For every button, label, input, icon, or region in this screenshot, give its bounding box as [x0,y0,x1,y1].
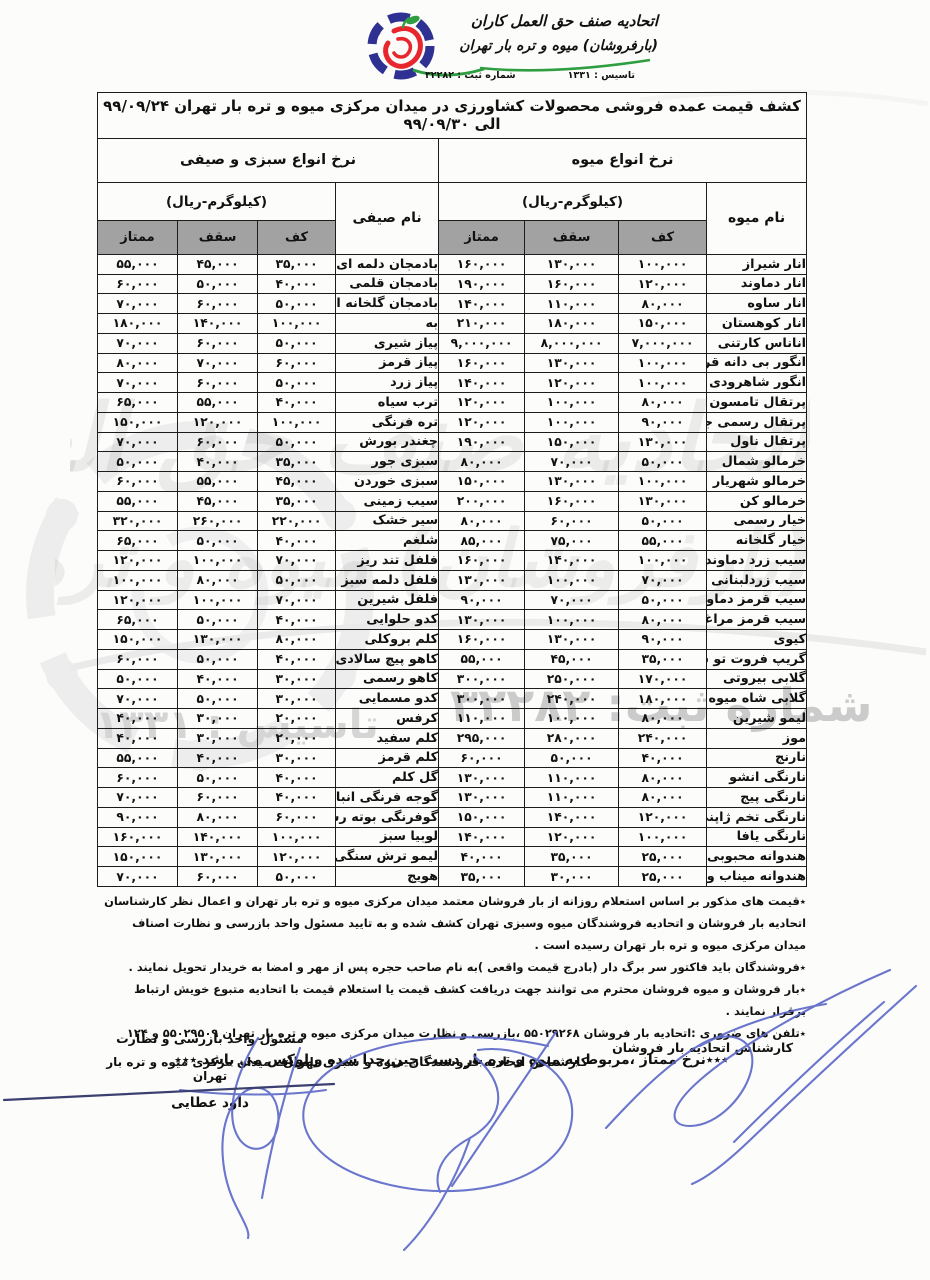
fruit-ceiling-cell: ۸,۰۰۰,۰۰۰ [525,333,619,353]
fruit-ceiling-cell: ۱۳۰,۰۰۰ [525,472,619,492]
fruit-name-cell: انار ساوه [707,294,807,314]
fruit-premium-cell: ۱۱۰,۰۰۰ [439,709,525,729]
fruit-floor-cell: ۹۰,۰۰۰ [619,412,707,432]
fruit-ceiling-cell: ۱۰۰,۰۰۰ [525,709,619,729]
fruit-premium-cell: ۱۴۰,۰۰۰ [439,294,525,314]
fruit-ceiling-cell: ۶۰,۰۰۰ [525,511,619,531]
veg-premium-cell: ۵۵,۰۰۰ [98,748,178,768]
footnote-price-basis: ٭قیمت های مذکور بر اساس استعلام روزانه ا… [97,890,806,956]
veg-floor-cell: ۴۰,۰۰۰ [258,788,336,808]
veg-floor-cell: ۴۰,۰۰۰ [258,768,336,788]
fruit-floor-cell: ۱۳۰,۰۰۰ [619,491,707,511]
fruit-premium-cell: ۸۰,۰۰۰ [439,452,525,472]
price-table-body: انار شیراز۱۰۰,۰۰۰۱۳۰,۰۰۰۱۶۰,۰۰۰بادمجان د… [98,254,807,886]
table-row: نارنگی انشو۸۰,۰۰۰۱۱۰,۰۰۰۱۳۰,۰۰۰گل کلم۴۰,… [98,768,807,788]
fruit-floor-cell: ۵۰,۰۰۰ [619,511,707,531]
veg-premium-cell: ۸۰,۰۰۰ [98,353,178,373]
veg-name-cell: کرفس [336,709,439,729]
veg-floor-cell: ۲۰,۰۰۰ [258,709,336,729]
fruit-name-cell: اناناس کارتنی [707,333,807,353]
fruit-premium-cell: ۱۵۰,۰۰۰ [439,472,525,492]
fruit-ceiling-cell: ۱۰۰,۰۰۰ [525,393,619,413]
fruit-floor-cell: ۱۲۰,۰۰۰ [619,274,707,294]
fruit-name-cell: گریپ فروت تو سرخ [707,649,807,669]
veg-ceiling-cell: ۱۰۰,۰۰۰ [178,551,258,571]
veg-floor-cell: ۴۰,۰۰۰ [258,531,336,551]
veg-premium-cell: ۷۰,۰۰۰ [98,788,178,808]
fruit-floor-cell: ۸۰,۰۰۰ [619,393,707,413]
veg-floor-cell: ۸۰,۰۰۰ [258,630,336,650]
veg-ceiling-header: سقف [178,221,258,254]
veg-premium-cell: ۴۰,۰۰۰ [98,728,178,748]
table-row: هندوانه محبوبی۲۵,۰۰۰۳۵,۰۰۰۴۰,۰۰۰لیمو ترش… [98,847,807,867]
veg-ceiling-cell: ۱۳۰,۰۰۰ [178,630,258,650]
table-row: نارنگی پیج۸۰,۰۰۰۱۱۰,۰۰۰۱۳۰,۰۰۰گوجه فرنگی… [98,788,807,808]
veg-ceiling-cell: ۸۰,۰۰۰ [178,570,258,590]
veg-name-cell: پیاز شیری [336,333,439,353]
veg-name-cell: فلفل تند ریز [336,551,439,571]
fruit-name-cell: نارنگی تخم ژاپنی [707,807,807,827]
fruit-premium-header: ممتاز [439,221,525,254]
veg-floor-cell: ۷۰,۰۰۰ [258,551,336,571]
veg-floor-cell: ۴۰,۰۰۰ [258,649,336,669]
fruit-premium-cell: ۱۶۰,۰۰۰ [439,254,525,274]
fruit-floor-cell: ۱۰۰,۰۰۰ [619,254,707,274]
fruit-ceiling-cell: ۵۰,۰۰۰ [525,748,619,768]
signature-label-inspection-supervisor: مسئول واحد بازرسی و نظارت اصناف میدان مر… [100,1031,320,1111]
veg-name-cell: گل کلم [336,768,439,788]
table-row: نارنگی تخم ژاپنی۱۲۰,۰۰۰۱۴۰,۰۰۰۱۵۰,۰۰۰گوف… [98,807,807,827]
table-row: انگور بی دانه قرمز۱۰۰,۰۰۰۱۳۰,۰۰۰۱۶۰,۰۰۰پ… [98,353,807,373]
fruit-floor-cell: ۸۰,۰۰۰ [619,709,707,729]
table-row: انار دماوند۱۲۰,۰۰۰۱۶۰,۰۰۰۱۹۰,۰۰۰بادمجان … [98,274,807,294]
veg-premium-cell: ۶۰,۰۰۰ [98,472,178,492]
signature-label-fruit-veg-sellers-expert: کارشناس اتحادیه فروشندگان میوه و سبزی ته… [338,1054,588,1069]
fruit-premium-cell: ۳۰۰,۰۰۰ [439,669,525,689]
veg-premium-cell: ۱۸۰,۰۰۰ [98,314,178,334]
fruit-ceiling-cell: ۱۴۰,۰۰۰ [525,551,619,571]
fruit-name-cell: خرمالو شمال [707,452,807,472]
fruit-name-cell: پرتقال تامسون شمال [707,393,807,413]
veg-name-cell: بادمجان قلمی [336,274,439,294]
veg-ceiling-cell: ۱۲۰,۰۰۰ [178,412,258,432]
veg-name-cell: سبزی جور [336,452,439,472]
signature-label-bar-sellers-expert: کارشناس اتحادیه بار فروشان [618,1040,793,1055]
org-name-line2: (بارفروشان) میوه و تره بار تهران [488,38,658,54]
fruit-premium-cell: ۱۴۰,۰۰۰ [439,827,525,847]
veg-premium-cell: ۶۵,۰۰۰ [98,531,178,551]
fruit-name-cell: گلابی بیروتی [707,669,807,689]
fruit-ceiling-cell: ۴۵,۰۰۰ [525,649,619,669]
veg-name-cell: بادمجان دلمه ای [336,254,439,274]
table-row: پرتقال رسمی جنوب۹۰,۰۰۰۱۰۰,۰۰۰۱۲۰,۰۰۰تره … [98,412,807,432]
veg-premium-cell: ۱۲۰,۰۰۰ [98,590,178,610]
fruit-floor-cell: ۸۰,۰۰۰ [619,788,707,808]
veg-ceiling-cell: ۱۴۰,۰۰۰ [178,314,258,334]
table-row: پرتقال تامسون شمال۸۰,۰۰۰۱۰۰,۰۰۰۱۲۰,۰۰۰تر… [98,393,807,413]
veg-premium-cell: ۱۵۰,۰۰۰ [98,847,178,867]
veg-name-cell: هویج [336,867,439,887]
table-row: هندوانه میناب وخطی۲۵,۰۰۰۳۰,۰۰۰۳۵,۰۰۰هویج… [98,867,807,887]
fruit-premium-cell: ۱۶۰,۰۰۰ [439,630,525,650]
veg-premium-cell: ۷۰,۰۰۰ [98,867,178,887]
veg-ceiling-cell: ۷۰,۰۰۰ [178,353,258,373]
veg-premium-cell: ۶۰,۰۰۰ [98,649,178,669]
veg-name-cell: به [336,314,439,334]
fruit-premium-cell: ۹,۰۰۰,۰۰۰ [439,333,525,353]
fruit-name-cell: خیار رسمی [707,511,807,531]
fruit-ceiling-cell: ۱۶۰,۰۰۰ [525,491,619,511]
veg-name-cell: کاهو پیچ سالادی [336,649,439,669]
veg-unit-label: (کیلوگرم-ریال) [98,183,336,221]
veg-premium-cell: ۷۰,۰۰۰ [98,294,178,314]
fruit-ceiling-cell: ۷۵,۰۰۰ [525,531,619,551]
fruit-name-column-header: نام میوه [707,183,807,255]
veg-ceiling-cell: ۵۰,۰۰۰ [178,531,258,551]
fruit-floor-cell: ۲۵,۰۰۰ [619,867,707,887]
veg-premium-cell: ۵۰,۰۰۰ [98,669,178,689]
fruit-name-cell: هندوانه محبوبی [707,847,807,867]
table-row: موز۲۴۰,۰۰۰۲۸۰,۰۰۰۲۹۵,۰۰۰کلم سفید۲۰,۰۰۰۳۰… [98,728,807,748]
veg-ceiling-cell: ۵۵,۰۰۰ [178,472,258,492]
veg-ceiling-cell: ۸۰,۰۰۰ [178,807,258,827]
veg-ceiling-cell: ۴۵,۰۰۰ [178,491,258,511]
fruit-floor-cell: ۱۸۰,۰۰۰ [619,689,707,709]
fruit-ceiling-cell: ۱۴۰,۰۰۰ [525,807,619,827]
inspection-title-line2: اصناف میدان مرکزی میوه و تره بار تهران [100,1055,320,1083]
veg-premium-cell: ۷۰,۰۰۰ [98,373,178,393]
veg-premium-cell: ۱۰۰,۰۰۰ [98,570,178,590]
fruit-name-cell: نارنگی پیج [707,788,807,808]
fruit-name-cell: لیمو شیرین [707,709,807,729]
fruit-floor-cell: ۱۰۰,۰۰۰ [619,353,707,373]
veg-ceiling-cell: ۲۶۰,۰۰۰ [178,511,258,531]
fruit-floor-cell: ۱۲۰,۰۰۰ [619,807,707,827]
fruit-premium-cell: ۶۰,۰۰۰ [439,748,525,768]
veg-floor-cell: ۶۰,۰۰۰ [258,807,336,827]
fruit-floor-cell: ۵۰,۰۰۰ [619,452,707,472]
veg-ceiling-cell: ۳۰,۰۰۰ [178,709,258,729]
fruit-name-cell: گلابی شاه میوه [707,689,807,709]
fruit-floor-cell: ۱۰۰,۰۰۰ [619,373,707,393]
table-row: خرمالو شمال۵۰,۰۰۰۷۰,۰۰۰۸۰,۰۰۰سبزی جور۳۵,… [98,452,807,472]
veg-premium-cell: ۶۰,۰۰۰ [98,768,178,788]
fruit-floor-cell: ۷,۰۰۰,۰۰۰ [619,333,707,353]
fruit-premium-cell: ۱۳۰,۰۰۰ [439,570,525,590]
fruit-floor-cell: ۱۰۰,۰۰۰ [619,827,707,847]
veg-ceiling-cell: ۴۵,۰۰۰ [178,254,258,274]
veg-premium-cell: ۷۰,۰۰۰ [98,689,178,709]
fruit-ceiling-cell: ۷۰,۰۰۰ [525,452,619,472]
veg-floor-cell: ۷۰,۰۰۰ [258,590,336,610]
veg-name-cell: سبزی خوردن [336,472,439,492]
table-row: انار ساوه۸۰,۰۰۰۱۱۰,۰۰۰۱۴۰,۰۰۰بادمجان گلخ… [98,294,807,314]
table-row: پرتقال ناول۱۳۰,۰۰۰۱۵۰,۰۰۰۱۹۰,۰۰۰چغندر بو… [98,432,807,452]
veg-premium-cell: ۱۶۰,۰۰۰ [98,827,178,847]
fruit-ceiling-cell: ۱۳۰,۰۰۰ [525,353,619,373]
union-letterhead: اتحادیه صنف حق العمل کاران (بارفروشان) م… [350,4,660,90]
fruit-ceiling-cell: ۱۱۰,۰۰۰ [525,788,619,808]
table-row: انار کوهستان۱۵۰,۰۰۰۱۸۰,۰۰۰۲۱۰,۰۰۰به۱۰۰,۰… [98,314,807,334]
veg-premium-cell: ۱۲۰,۰۰۰ [98,551,178,571]
price-table-container: کشف قیمت عمده فروشی محصولات کشاورزی در م… [97,92,807,887]
veg-ceiling-cell: ۶۰,۰۰۰ [178,432,258,452]
table-row: نارنج۴۰,۰۰۰۵۰,۰۰۰۶۰,۰۰۰کلم قرمز۳۰,۰۰۰۴۰,… [98,748,807,768]
veg-name-cell: تره فرنگی [336,412,439,432]
fruit-name-cell: انگور بی دانه قرمز [707,353,807,373]
veg-ceiling-cell: ۵۰,۰۰۰ [178,610,258,630]
fruit-name-cell: پرتقال رسمی جنوب [707,412,807,432]
veg-name-cell: گوجه فرنگی انباری [336,788,439,808]
veg-ceiling-cell: ۴۰,۰۰۰ [178,748,258,768]
veg-floor-header: کف [258,221,336,254]
fruit-ceiling-cell: ۳۵,۰۰۰ [525,847,619,867]
fruit-premium-cell: ۸۰,۰۰۰ [439,511,525,531]
fruit-floor-cell: ۸۰,۰۰۰ [619,610,707,630]
veg-ceiling-cell: ۵۰,۰۰۰ [178,649,258,669]
veg-name-cell: بادمجان گلخانه ای [336,294,439,314]
fruit-name-cell: نارنگی یافا [707,827,807,847]
fruit-name-cell: انگور شاهرودی [707,373,807,393]
veg-name-cell: پیاز قرمز [336,353,439,373]
table-row: خرمالو کن۱۳۰,۰۰۰۱۶۰,۰۰۰۲۰۰,۰۰۰سیب زمینی۳… [98,491,807,511]
veg-floor-cell: ۳۰,۰۰۰ [258,689,336,709]
veg-name-cell: پیاز زرد [336,373,439,393]
fruit-premium-cell: ۱۵۰,۰۰۰ [439,807,525,827]
fruit-premium-cell: ۱۶۰,۰۰۰ [439,551,525,571]
veg-ceiling-cell: ۶۰,۰۰۰ [178,294,258,314]
fruit-premium-cell: ۱۹۰,۰۰۰ [439,274,525,294]
veg-floor-cell: ۵۰,۰۰۰ [258,294,336,314]
table-row: سیب قرمز مراغه۸۰,۰۰۰۱۰۰,۰۰۰۱۳۰,۰۰۰کدو حل… [98,610,807,630]
veg-ceiling-cell: ۱۰۰,۰۰۰ [178,590,258,610]
veg-ceiling-cell: ۶۰,۰۰۰ [178,867,258,887]
veg-floor-cell: ۱۰۰,۰۰۰ [258,827,336,847]
fruit-ceiling-cell: ۱۲۰,۰۰۰ [525,827,619,847]
veg-name-cell: ترب سیاه [336,393,439,413]
veg-premium-cell: ۵۰,۰۰۰ [98,452,178,472]
veg-ceiling-cell: ۵۰,۰۰۰ [178,274,258,294]
fruit-name-cell: هندوانه میناب وخطی [707,867,807,887]
fruit-floor-cell: ۴۰,۰۰۰ [619,748,707,768]
scanned-price-list-document: اتحادیه صنف حق العمل کاران (بارفروشان) م… [0,0,930,1280]
veg-name-cell: لوبیا سبز [336,827,439,847]
fruit-ceiling-cell: ۱۰۰,۰۰۰ [525,610,619,630]
fruit-premium-cell: ۴۰,۰۰۰ [439,847,525,867]
fruit-floor-cell: ۸۰,۰۰۰ [619,768,707,788]
table-row: انگور شاهرودی۱۰۰,۰۰۰۱۲۰,۰۰۰۱۴۰,۰۰۰پیاز ز… [98,373,807,393]
veg-floor-cell: ۲۰,۰۰۰ [258,728,336,748]
fruit-floor-header: کف [619,221,707,254]
veg-premium-cell: ۶۵,۰۰۰ [98,610,178,630]
fruit-premium-cell: ۹۰,۰۰۰ [439,590,525,610]
fruit-floor-cell: ۱۷۰,۰۰۰ [619,669,707,689]
fruit-premium-cell: ۳۰۰,۰۰۰ [439,689,525,709]
veg-name-cell: کدو حلوایی [336,610,439,630]
veg-floor-cell: ۳۵,۰۰۰ [258,452,336,472]
veg-ceiling-cell: ۵۰,۰۰۰ [178,768,258,788]
fruit-premium-cell: ۱۲۰,۰۰۰ [439,393,525,413]
fruit-floor-cell: ۵۰,۰۰۰ [619,590,707,610]
fruit-name-cell: سیب زرد دماوند [707,551,807,571]
veg-floor-cell: ۱۰۰,۰۰۰ [258,412,336,432]
fruit-ceiling-cell: ۷۰,۰۰۰ [525,590,619,610]
fruit-ceiling-cell: ۱۳۰,۰۰۰ [525,254,619,274]
veg-ceiling-cell: ۶۰,۰۰۰ [178,788,258,808]
veg-floor-cell: ۵۰,۰۰۰ [258,867,336,887]
fruit-floor-cell: ۳۵,۰۰۰ [619,649,707,669]
table-row: گلابی شاه میوه۱۸۰,۰۰۰۲۴۰,۰۰۰۳۰۰,۰۰۰کدو م… [98,689,807,709]
footnote-contact-union: ٭بار فروشان و میوه فروشان محترم می توانن… [97,978,806,1022]
table-row: خیار رسمی۵۰,۰۰۰۶۰,۰۰۰۸۰,۰۰۰سیر خشک۲۲۰,۰۰… [98,511,807,531]
veg-ceiling-cell: ۶۰,۰۰۰ [178,373,258,393]
fruit-floor-cell: ۵۵,۰۰۰ [619,531,707,551]
veg-name-cell: سیر خشک [336,511,439,531]
veg-floor-cell: ۴۰,۰۰۰ [258,610,336,630]
fruit-name-cell: نارنگی انشو [707,768,807,788]
org-name-line1: اتحادیه صنف حق العمل کاران [488,12,658,30]
veg-name-cell: کلم بروکلی [336,630,439,650]
veg-premium-cell: ۱۵۰,۰۰۰ [98,412,178,432]
fruit-ceiling-cell: ۱۰۰,۰۰۰ [525,412,619,432]
fruit-premium-cell: ۵۵,۰۰۰ [439,649,525,669]
veg-floor-cell: ۱۲۰,۰۰۰ [258,847,336,867]
fruit-ceiling-cell: ۱۵۰,۰۰۰ [525,432,619,452]
veg-floor-cell: ۵۰,۰۰۰ [258,570,336,590]
fruit-ceiling-cell: ۳۰,۰۰۰ [525,867,619,887]
veg-floor-cell: ۵۰,۰۰۰ [258,432,336,452]
table-row: نارنگی یافا۱۰۰,۰۰۰۱۲۰,۰۰۰۱۴۰,۰۰۰لوبیا سب… [98,827,807,847]
veg-premium-header: ممتاز [98,221,178,254]
veg-premium-cell: ۵۵,۰۰۰ [98,254,178,274]
veg-premium-cell: ۱۵۰,۰۰۰ [98,630,178,650]
veg-floor-cell: ۴۵,۰۰۰ [258,472,336,492]
founded-year: تاسیس : ۱۳۳۱ [568,70,635,81]
veg-floor-cell: ۳۰,۰۰۰ [258,748,336,768]
veg-name-cell: کاهو رسمی [336,669,439,689]
veg-premium-cell: ۹۰,۰۰۰ [98,807,178,827]
fruit-name-cell: سیب قرمز مراغه [707,610,807,630]
price-table: کشف قیمت عمده فروشی محصولات کشاورزی در م… [97,92,807,887]
veg-name-cell: کلم سفید [336,728,439,748]
veg-name-cell: گوفرنگی بوته رس [336,807,439,827]
veg-name-cell: فلفل شیرین [336,590,439,610]
fruit-name-cell: انار دماوند [707,274,807,294]
fruit-floor-cell: ۱۳۰,۰۰۰ [619,432,707,452]
fruit-name-cell: پرتقال ناول [707,432,807,452]
veg-name-cell: شلغم [336,531,439,551]
fruit-floor-cell: ۱۰۰,۰۰۰ [619,472,707,492]
fruit-floor-cell: ۸۰,۰۰۰ [619,294,707,314]
fruit-ceiling-cell: ۱۱۰,۰۰۰ [525,768,619,788]
fruit-name-cell: سیب زردلبنانی میانه [707,570,807,590]
table-row: سیب زردلبنانی میانه۷۰,۰۰۰۱۰۰,۰۰۰۱۳۰,۰۰۰ف… [98,570,807,590]
table-row: انار شیراز۱۰۰,۰۰۰۱۳۰,۰۰۰۱۶۰,۰۰۰بادمجان د… [98,254,807,274]
veg-floor-cell: ۳۵,۰۰۰ [258,254,336,274]
veg-name-column-header: نام صیفی [336,183,439,255]
document-title: کشف قیمت عمده فروشی محصولات کشاورزی در م… [98,93,807,139]
veg-name-cell: چغندر بورش [336,432,439,452]
fruit-premium-cell: ۱۹۰,۰۰۰ [439,432,525,452]
veg-ceiling-cell: ۱۳۰,۰۰۰ [178,847,258,867]
table-row: لیمو شیرین۸۰,۰۰۰۱۰۰,۰۰۰۱۱۰,۰۰۰کرفس۲۰,۰۰۰… [98,709,807,729]
veg-floor-cell: ۴۰,۰۰۰ [258,274,336,294]
fruit-ceiling-cell: ۲۸۰,۰۰۰ [525,728,619,748]
veg-floor-cell: ۵۰,۰۰۰ [258,333,336,353]
fruit-premium-cell: ۱۳۰,۰۰۰ [439,788,525,808]
veg-name-cell: فلفل دلمه سبز [336,570,439,590]
fruit-premium-cell: ۱۲۰,۰۰۰ [439,412,525,432]
fruit-premium-cell: ۱۴۰,۰۰۰ [439,373,525,393]
veg-ceiling-cell: ۵۰,۰۰۰ [178,689,258,709]
fruit-name-cell: خرمالو شهریار [707,472,807,492]
fruit-name-cell: انار کوهستان [707,314,807,334]
fruit-ceiling-cell: ۱۱۰,۰۰۰ [525,294,619,314]
fruit-premium-cell: ۱۳۰,۰۰۰ [439,610,525,630]
fruit-premium-cell: ۱۶۰,۰۰۰ [439,353,525,373]
fruit-name-cell: سیب قرمز دماوند [707,590,807,610]
veg-ceiling-cell: ۵۵,۰۰۰ [178,393,258,413]
fruit-section-header: نرخ انواع میوه [439,138,807,182]
fruit-premium-cell: ۱۳۰,۰۰۰ [439,768,525,788]
veg-premium-cell: ۳۲۰,۰۰۰ [98,511,178,531]
table-row: خرمالو شهریار۱۰۰,۰۰۰۱۳۰,۰۰۰۱۵۰,۰۰۰سبزی خ… [98,472,807,492]
veg-premium-cell: ۶۵,۰۰۰ [98,393,178,413]
fruit-ceiling-header: سقف [525,221,619,254]
table-row: گلابی بیروتی۱۷۰,۰۰۰۲۵۰,۰۰۰۳۰۰,۰۰۰کاهو رس… [98,669,807,689]
veg-section-header: نرخ انواع سبزی و صیفی [98,138,439,182]
table-row: سیب زرد دماوند۱۰۰,۰۰۰۱۴۰,۰۰۰۱۶۰,۰۰۰فلفل … [98,551,807,571]
fruit-floor-cell: ۷۰,۰۰۰ [619,570,707,590]
fruit-name-cell: خرمالو کن [707,491,807,511]
fruit-ceiling-cell: ۲۴۰,۰۰۰ [525,689,619,709]
fruit-name-cell: کیوی [707,630,807,650]
table-row: خیار گلخانه۵۵,۰۰۰۷۵,۰۰۰۸۵,۰۰۰شلغم۴۰,۰۰۰۵… [98,531,807,551]
fruit-name-cell: موز [707,728,807,748]
fruit-floor-cell: ۱۵۰,۰۰۰ [619,314,707,334]
veg-floor-cell: ۵۰,۰۰۰ [258,373,336,393]
fruit-ceiling-cell: ۱۸۰,۰۰۰ [525,314,619,334]
fruit-premium-cell: ۲۹۵,۰۰۰ [439,728,525,748]
fruit-premium-cell: ۲۰۰,۰۰۰ [439,491,525,511]
fruit-ceiling-cell: ۱۶۰,۰۰۰ [525,274,619,294]
veg-floor-cell: ۲۲۰,۰۰۰ [258,511,336,531]
fruit-name-cell: انار شیراز [707,254,807,274]
fruit-premium-cell: ۸۵,۰۰۰ [439,531,525,551]
veg-ceiling-cell: ۴۰,۰۰۰ [178,669,258,689]
fruit-premium-cell: ۳۵,۰۰۰ [439,867,525,887]
veg-premium-cell: ۷۰,۰۰۰ [98,432,178,452]
fruit-floor-cell: ۲۴۰,۰۰۰ [619,728,707,748]
veg-name-cell: سیب زمینی [336,491,439,511]
inspection-supervisor-name: داود عطایی [100,1095,320,1111]
footnote-invoice-rule: ٭فروشندگان باید فاکتور سر برگ دار (بادرج… [97,956,806,978]
table-row: اناناس کارتنی۷,۰۰۰,۰۰۰۸,۰۰۰,۰۰۰۹,۰۰۰,۰۰۰… [98,333,807,353]
fruit-name-cell: خیار گلخانه [707,531,807,551]
fruit-premium-cell: ۲۱۰,۰۰۰ [439,314,525,334]
fruit-ceiling-cell: ۱۰۰,۰۰۰ [525,570,619,590]
fruit-floor-cell: ۹۰,۰۰۰ [619,630,707,650]
veg-floor-cell: ۳۵,۰۰۰ [258,491,336,511]
fruit-floor-cell: ۲۵,۰۰۰ [619,847,707,867]
veg-floor-cell: ۶۰,۰۰۰ [258,353,336,373]
veg-ceiling-cell: ۴۰,۰۰۰ [178,452,258,472]
fruit-name-cell: نارنج [707,748,807,768]
fruit-ceiling-cell: ۱۲۰,۰۰۰ [525,373,619,393]
veg-floor-cell: ۱۰۰,۰۰۰ [258,314,336,334]
table-row: کیوی۹۰,۰۰۰۱۳۰,۰۰۰۱۶۰,۰۰۰کلم بروکلی۸۰,۰۰۰… [98,630,807,650]
veg-name-cell: کدو مسمایی [336,689,439,709]
